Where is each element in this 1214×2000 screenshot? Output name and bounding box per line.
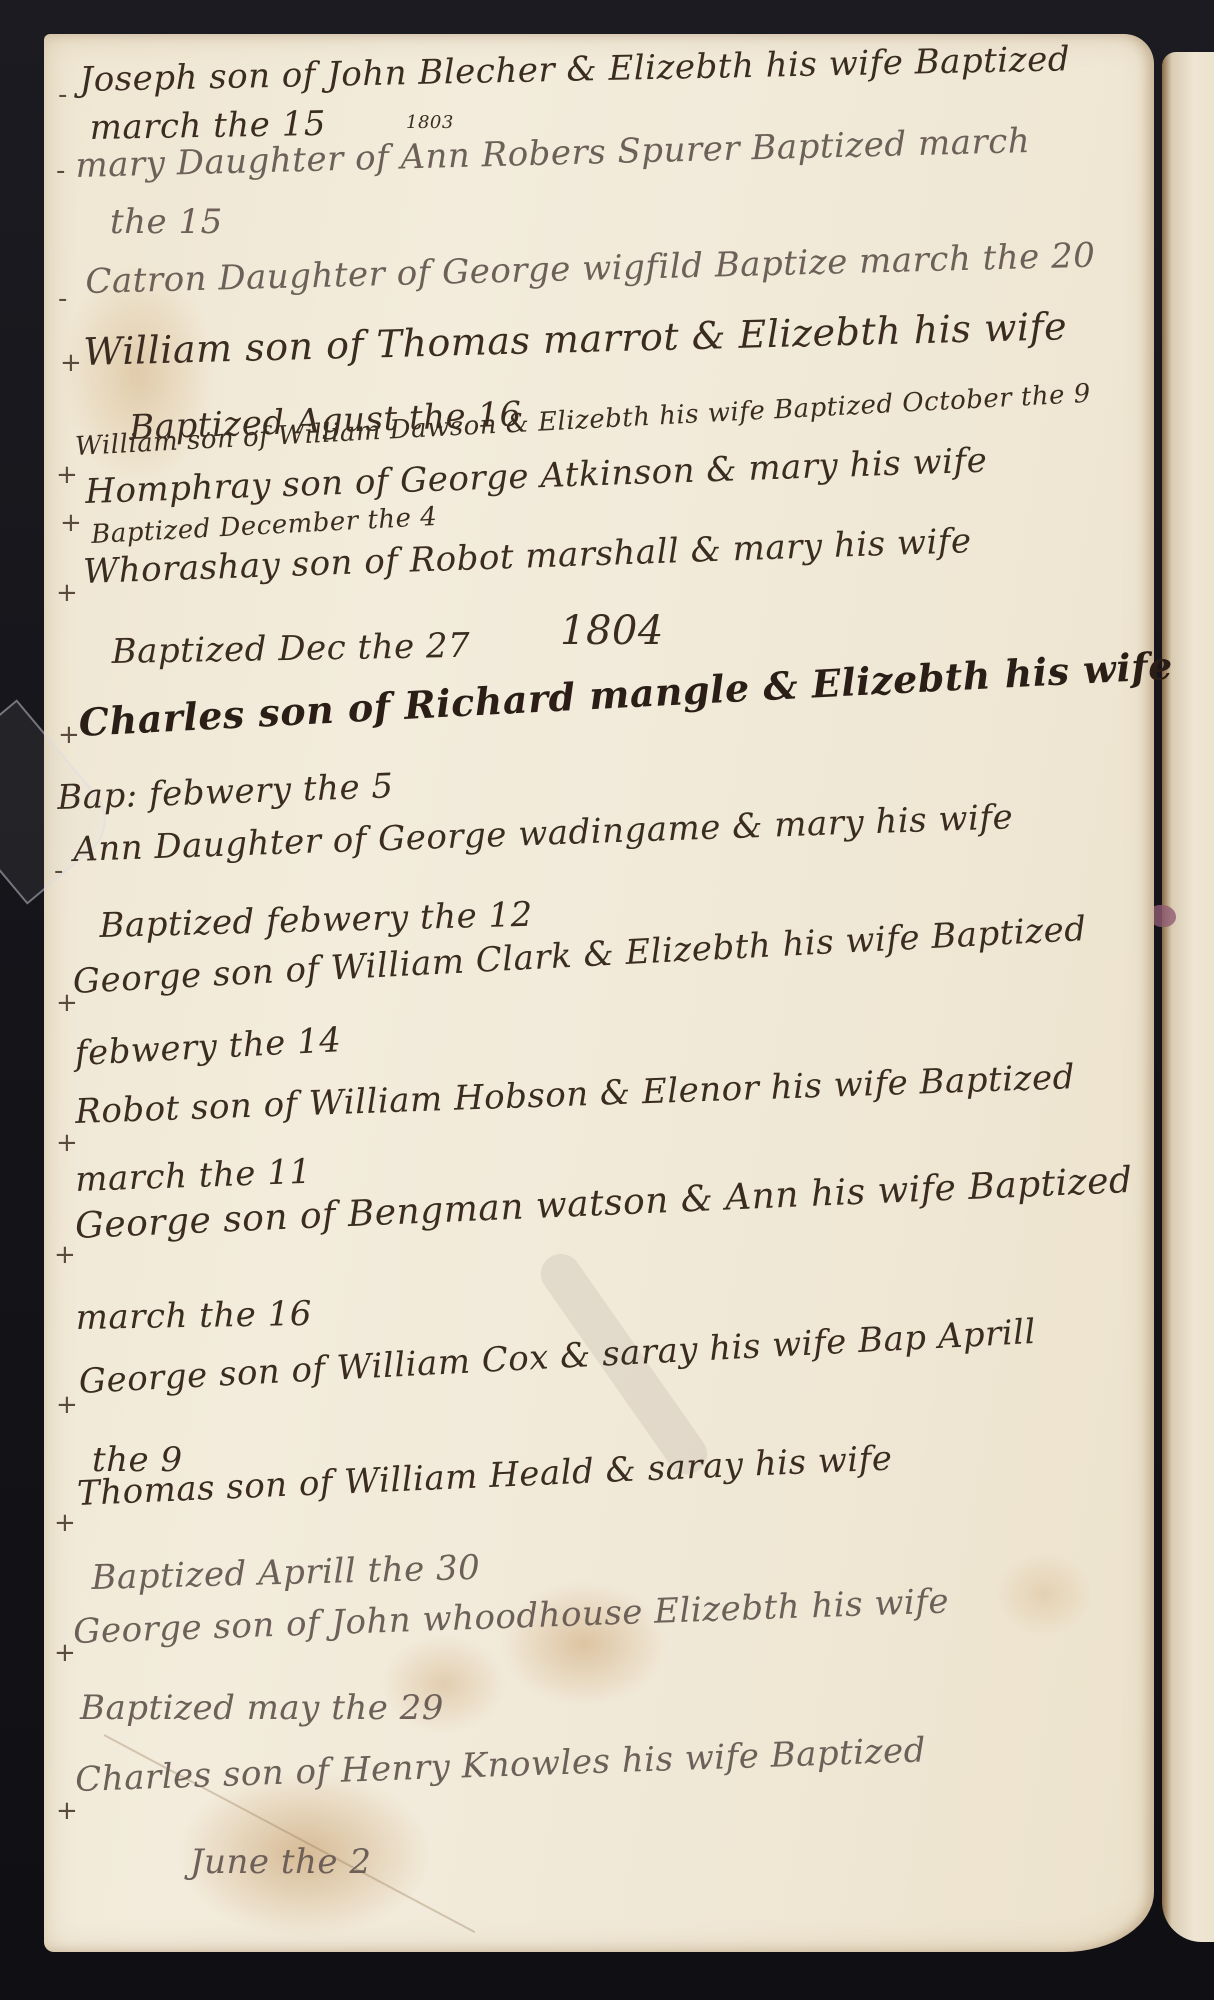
margin-mark: + (56, 1392, 78, 1418)
margin-mark: - (56, 158, 65, 184)
year-marker: 1803 (406, 112, 454, 133)
margin-mark: + (56, 1798, 78, 1824)
margin-mark: + (56, 462, 78, 488)
year-marker: 1804 (560, 608, 664, 654)
margin-mark: - (54, 858, 63, 884)
margin-mark: + (54, 1640, 76, 1666)
margin-mark: + (54, 1510, 76, 1536)
margin-mark: - (58, 82, 67, 108)
margin-mark: + (56, 1130, 78, 1156)
margin-mark: + (60, 350, 82, 376)
adjacent-page-edge (1162, 52, 1214, 1942)
entry-line: the 15 (110, 202, 223, 242)
margin-mark: + (56, 580, 78, 606)
margin-mark: - (58, 286, 67, 312)
entry-line: June the 2 (190, 1842, 371, 1882)
margin-mark: + (58, 722, 80, 748)
entry-line: march the 16 (75, 1294, 312, 1338)
entry-line: Baptized Dec the 27 (111, 626, 470, 672)
entry-line: march the 11 (75, 1152, 313, 1200)
margin-mark: + (60, 510, 82, 536)
entry-line: Baptized may the 29 (80, 1688, 444, 1728)
margin-mark: + (54, 1242, 76, 1268)
